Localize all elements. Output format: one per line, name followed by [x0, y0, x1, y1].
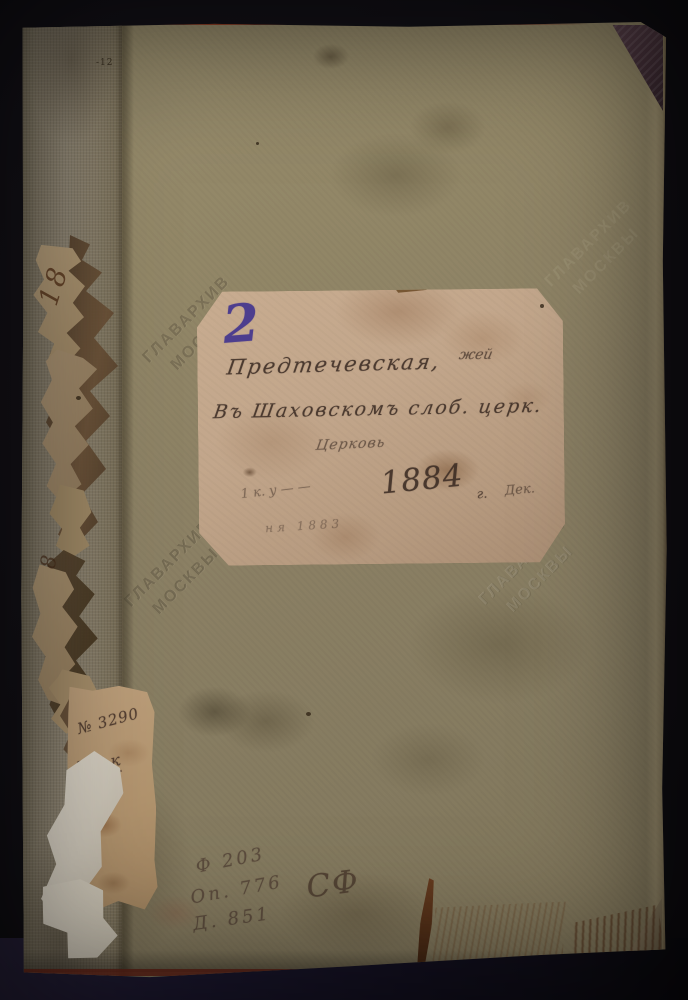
label-year-suffix: г. — [476, 487, 488, 503]
scan-fringe-red — [11, 230, 19, 274]
leather-corner-protector — [607, 25, 663, 111]
cover-right-edge-face — [646, 22, 668, 980]
label-title-line2: Въ Шаховскомъ слоб. церк. — [212, 395, 545, 423]
label-title-line3: Церковь — [315, 435, 387, 454]
spine-top-pen-mark: -12 — [96, 58, 114, 68]
scan-fringe-teal — [13, 304, 17, 322]
inventory-number: № 3290 — [75, 704, 141, 738]
watermark-line2: МОСКВЫ — [541, 196, 672, 327]
cover-top-red-edge — [110, 22, 590, 25]
label-year: 1884 — [379, 458, 465, 502]
label-under-year-scribble: ня 1883 — [265, 516, 344, 535]
citation-delo: Д. 851 — [192, 903, 273, 935]
label-volume-number: 2 — [221, 292, 262, 356]
citation-sf-mark: СФ — [304, 863, 361, 905]
scan-fringe-cyan — [10, 198, 18, 226]
dirt-speck — [256, 142, 259, 145]
book-cover: 18 8 -12 ГЛАВАРХИВ МОСКВЫ ГЛАВАРХИВ МОСК… — [20, 22, 668, 980]
label-title-line1-tail: жей — [458, 347, 494, 363]
archival-photo: 18 8 -12 ГЛАВАРХИВ МОСКВЫ ГЛАВАРХИВ МОСК… — [0, 0, 688, 1000]
citation-fond: Ф 203 — [194, 844, 267, 878]
label-post-year-word: Дек. — [504, 481, 535, 498]
label-title-line1: Предтечевская, — [225, 349, 442, 379]
dirt-speck — [306, 712, 311, 716]
label-pre-year-scribble: 1 к. у — — — [240, 479, 312, 502]
glue-smudge — [392, 272, 440, 295]
dirt-speck — [76, 396, 81, 400]
dirt-speck — [540, 304, 544, 308]
citation-opis: Оп. 776 — [189, 872, 284, 909]
title-label: 2 Предтечевская, жей Въ Шаховскомъ слоб.… — [197, 288, 566, 566]
watermark-line1: ГЛАВАРХИВ — [524, 179, 655, 310]
archive-citation: Ф 203 Оп. 776 Д. 851 СФ — [173, 826, 398, 969]
